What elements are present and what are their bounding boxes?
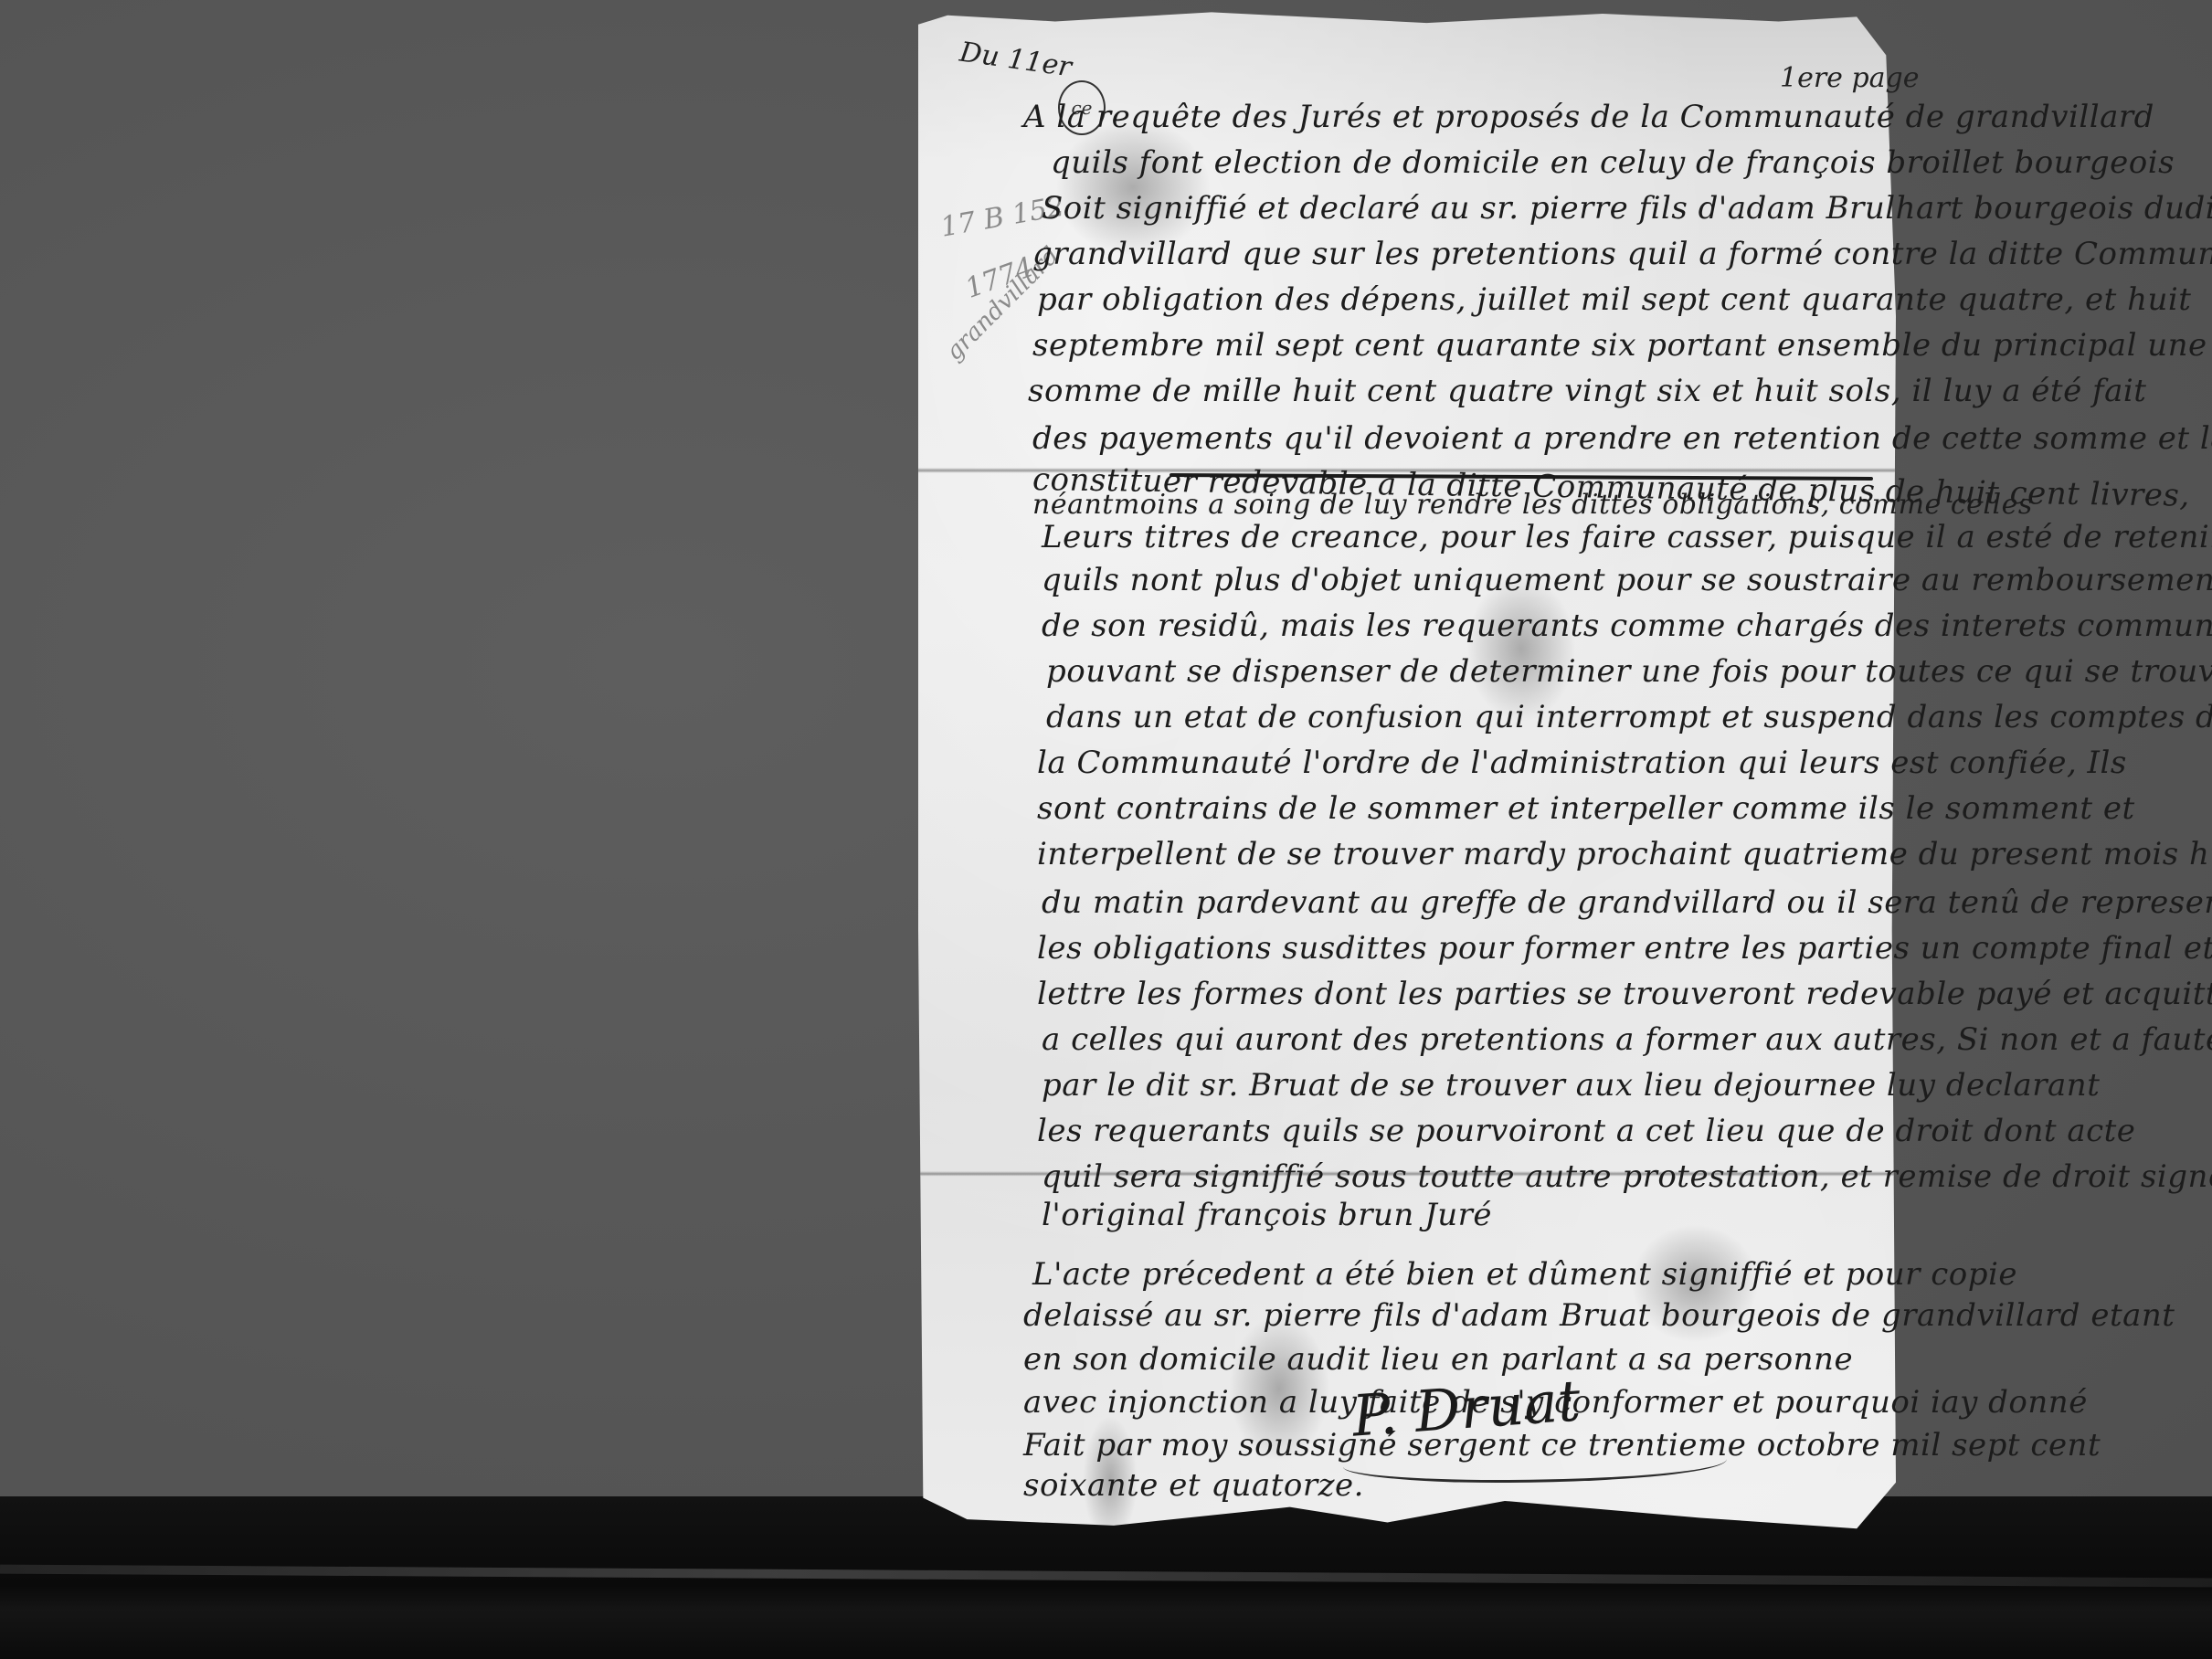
body-line: Leurs titres de creance, pour les faire … bbox=[1042, 519, 2212, 555]
body-line: quil sera signiffié sous toutte autre pr… bbox=[1042, 1158, 2212, 1195]
body-line: des payements qu'il devoient a prendre e… bbox=[1032, 420, 2212, 457]
body-line: Soit signiffié et declaré au sr. pierre … bbox=[1042, 190, 2212, 227]
body-line: sont contrains de le sommer et interpell… bbox=[1037, 790, 2135, 827]
body-line: septembre mil sept cent quarante six por… bbox=[1032, 327, 2207, 364]
body-line: a celles qui auront des pretentions a fo… bbox=[1042, 1021, 2212, 1058]
certification-line: en son domicile audit lieu en parlant a … bbox=[1023, 1341, 1853, 1378]
body-line: A la requête des Jurés et proposés de la… bbox=[1023, 99, 2154, 135]
scan-scene: Du 11er 1ere page ce 17 B 152 1774 grand… bbox=[0, 0, 2212, 1659]
body-line: par le dit sr. Bruat de se trouver aux l… bbox=[1042, 1067, 2100, 1104]
body-line: dans un etat de confusion qui interrompt… bbox=[1046, 699, 2212, 735]
body-line: les requerants quils se pourvoiront a ce… bbox=[1037, 1113, 2135, 1149]
body-line: quils nont plus d'objet uniquement pour … bbox=[1042, 562, 2212, 598]
body-line: de son residû, mais les requerants comme… bbox=[1042, 608, 2212, 644]
body-line: pouvant se dispenser de determiner une f… bbox=[1046, 653, 2212, 690]
body-line: l'original françois brun Juré bbox=[1042, 1197, 1492, 1233]
body-line: les obligations susdittes pour former en… bbox=[1037, 930, 2212, 967]
certification-line: L'acte précedent a été bien et dûment si… bbox=[1032, 1256, 2017, 1293]
body-line: néantmoins a soing de luy rendre les dit… bbox=[1032, 489, 2033, 521]
certification-line: delaissé au sr. pierre fils d'adam Bruat… bbox=[1023, 1297, 2175, 1334]
body-line: interpellent de se trouver mardy prochai… bbox=[1037, 836, 2212, 872]
certification-line: soixante et quatorze. bbox=[1023, 1467, 1364, 1504]
body-line: lettre les formes dont les parties se tr… bbox=[1037, 976, 2212, 1012]
body-line: la Communauté l'ordre de l'administratio… bbox=[1037, 745, 2127, 781]
body-line: somme de mille huit cent quatre vingt si… bbox=[1028, 373, 2146, 409]
body-line: grandvillard que sur les pretentions qui… bbox=[1032, 236, 2212, 272]
body-line: par obligation des dépens, juillet mil s… bbox=[1037, 281, 2191, 318]
page-number: 1ere page bbox=[1780, 62, 1920, 94]
body-line: du matin pardevant au greffe de grandvil… bbox=[1042, 884, 2212, 921]
body-line: quils font election de domicile en celuy… bbox=[1051, 144, 2175, 181]
